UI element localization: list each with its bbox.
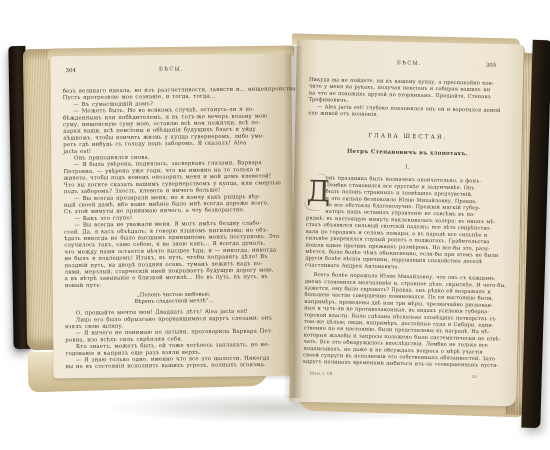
chapter-subtitle: Петръ Степановичъ въ хлопотахъ. bbox=[307, 147, 507, 158]
right-running-title: БѢСЫ. bbox=[309, 58, 509, 68]
chapter-heading: ГЛАВА ШЕСТАЯ. bbox=[308, 131, 508, 142]
paragraph-beside-dropcap: ень праздника былъ назначенъ окончательн… bbox=[306, 175, 507, 219]
left-page-header: 304 БѢСЫ. bbox=[62, 65, 280, 75]
gutter-shadow bbox=[283, 46, 303, 398]
footer-signature-number: 20 bbox=[472, 374, 477, 379]
section-number: I. bbox=[307, 162, 507, 172]
book-photo: 304 БѢСЫ. безъ великаго идеала, но изъ р… bbox=[0, 0, 550, 450]
left-running-title: БѢСЫ. bbox=[62, 65, 280, 73]
right-page-footer: Бѣсы, т. VII. 20 bbox=[303, 371, 503, 380]
left-body-text-2: О, прощайте мечты мои! Двадцать лѣтъ! Al… bbox=[65, 307, 284, 370]
right-page-text: БѢСЫ. 305 Никуда вы не пойдете, ни къ ва… bbox=[303, 58, 510, 380]
first-paragraph: Д ень праздника былъ назначенъ окончател… bbox=[305, 175, 507, 273]
second-paragraph: Всего болѣе поражало Юлію Михайловну, чт… bbox=[303, 271, 505, 369]
right-page: БѢСЫ. 305 Никуда вы не пойдете, ни къ ва… bbox=[289, 40, 525, 407]
footer-signature-title: Бѣсы, т. VII. bbox=[310, 371, 334, 376]
left-page: 304 БѢСЫ. безъ великаго идеала, но изъ р… bbox=[50, 54, 294, 379]
left-page-number: 304 bbox=[65, 67, 76, 74]
verse-quote: „Полонъ чистою любовью, Вѣренъ сладостно… bbox=[65, 290, 283, 305]
dropcap-initial: Д bbox=[306, 175, 326, 213]
right-page-header: БѢСЫ. 305 bbox=[309, 58, 509, 70]
left-body-text-1: безъ великаго идеала, но изъ разсчетливо… bbox=[63, 85, 283, 288]
left-page-text: 304 БѢСЫ. безъ великаго идеала, но изъ р… bbox=[62, 65, 283, 370]
right-page-number: 305 bbox=[486, 62, 497, 69]
chapter-end-text: Никуда вы не пойдете, ни къ вашему купцу… bbox=[308, 76, 509, 120]
paragraph-below-dropcap: рядкѣ; въ настоящую минуту наклевывалась… bbox=[305, 215, 506, 273]
